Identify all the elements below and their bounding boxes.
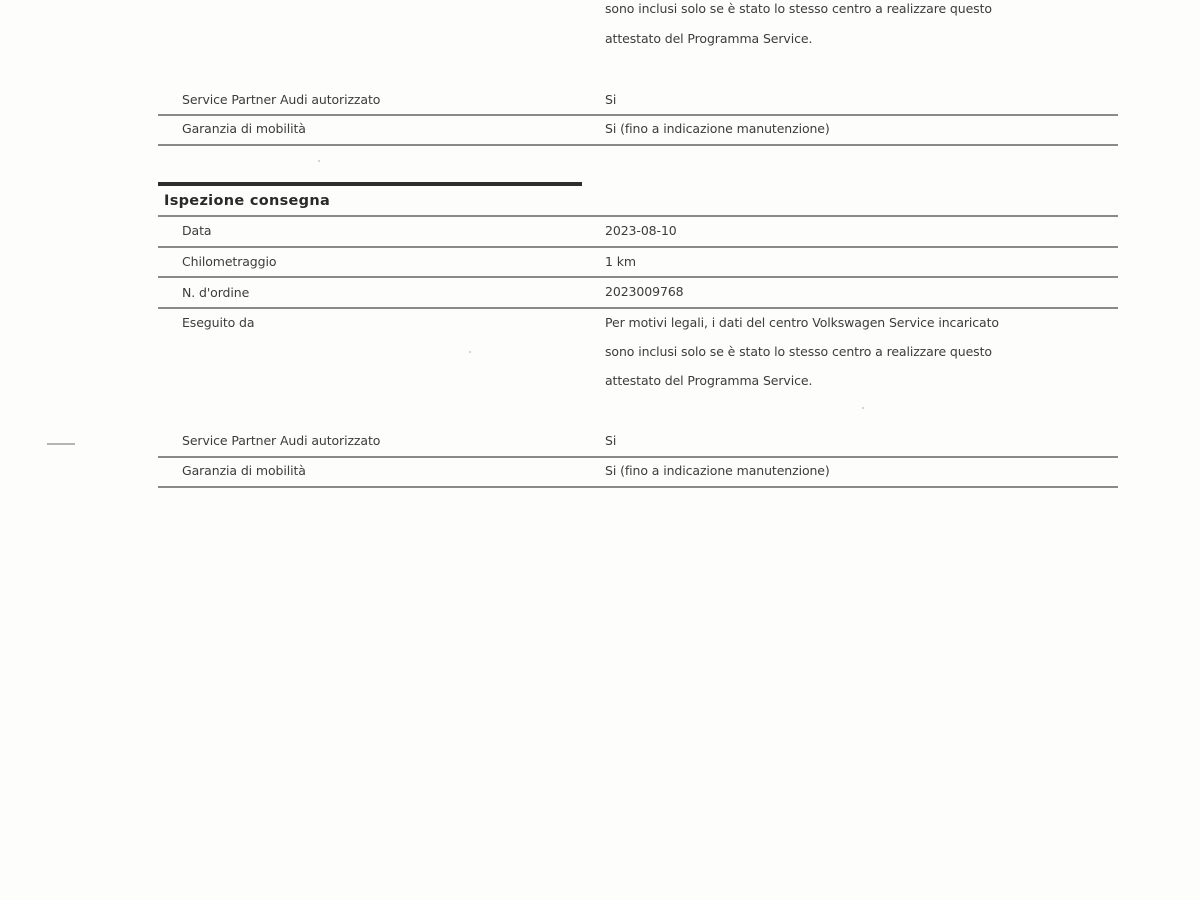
scanned-document-page: sono inclusi solo se è stato lo stesso c… xyxy=(0,0,1200,900)
row-value-garanzia-mobilita-2: Si (fino a indicazione manutenzione) xyxy=(605,464,830,478)
row-label-eseguito-da: Eseguito da xyxy=(182,316,254,330)
row-value-chilometraggio: 1 km xyxy=(605,255,636,269)
section-title-ispezione-consegna: Ispezione consegna xyxy=(164,193,330,209)
row-label-garanzia-mobilita: Garanzia di mobilità xyxy=(182,122,306,136)
row-label-service-partner: Service Partner Audi autorizzato xyxy=(182,93,380,107)
eseguito-da-continuation-line-2: attestato del Programma Service. xyxy=(605,32,812,46)
row-label-data: Data xyxy=(182,224,211,238)
row-label-service-partner-2: Service Partner Audi autorizzato xyxy=(182,434,380,448)
row-value-numero-ordine: 2023009768 xyxy=(605,285,684,299)
row-label-numero-ordine: N. d'ordine xyxy=(182,286,249,300)
row-divider xyxy=(158,307,1118,309)
scan-speck xyxy=(862,407,864,409)
row-divider xyxy=(158,246,1118,248)
row-value-service-partner-2: Si xyxy=(605,434,616,448)
row-value-eseguito-da-line-1: Per motivi legali, i dati del centro Vol… xyxy=(605,316,999,330)
row-value-eseguito-da-line-3: attestato del Programma Service. xyxy=(605,374,812,388)
row-label-garanzia-mobilita-2: Garanzia di mobilità xyxy=(182,464,306,478)
row-value-data: 2023-08-10 xyxy=(605,224,677,238)
row-divider xyxy=(158,486,1118,488)
row-divider xyxy=(158,456,1118,458)
row-divider xyxy=(158,114,1118,116)
row-value-garanzia-mobilita: Si (fino a indicazione manutenzione) xyxy=(605,122,830,136)
row-value-service-partner: Si xyxy=(605,93,616,107)
row-divider xyxy=(158,144,1118,146)
row-value-eseguito-da-line-2: sono inclusi solo se è stato lo stesso c… xyxy=(605,345,992,359)
section-heading-bar xyxy=(158,182,582,186)
scan-speck xyxy=(469,351,471,353)
row-divider xyxy=(158,215,1118,217)
scan-speck xyxy=(318,160,320,162)
row-label-chilometraggio: Chilometraggio xyxy=(182,255,276,269)
eseguito-da-continuation-line-1: sono inclusi solo se è stato lo stesso c… xyxy=(605,2,992,16)
row-divider xyxy=(158,276,1118,278)
scan-artifact-mark xyxy=(47,443,75,445)
